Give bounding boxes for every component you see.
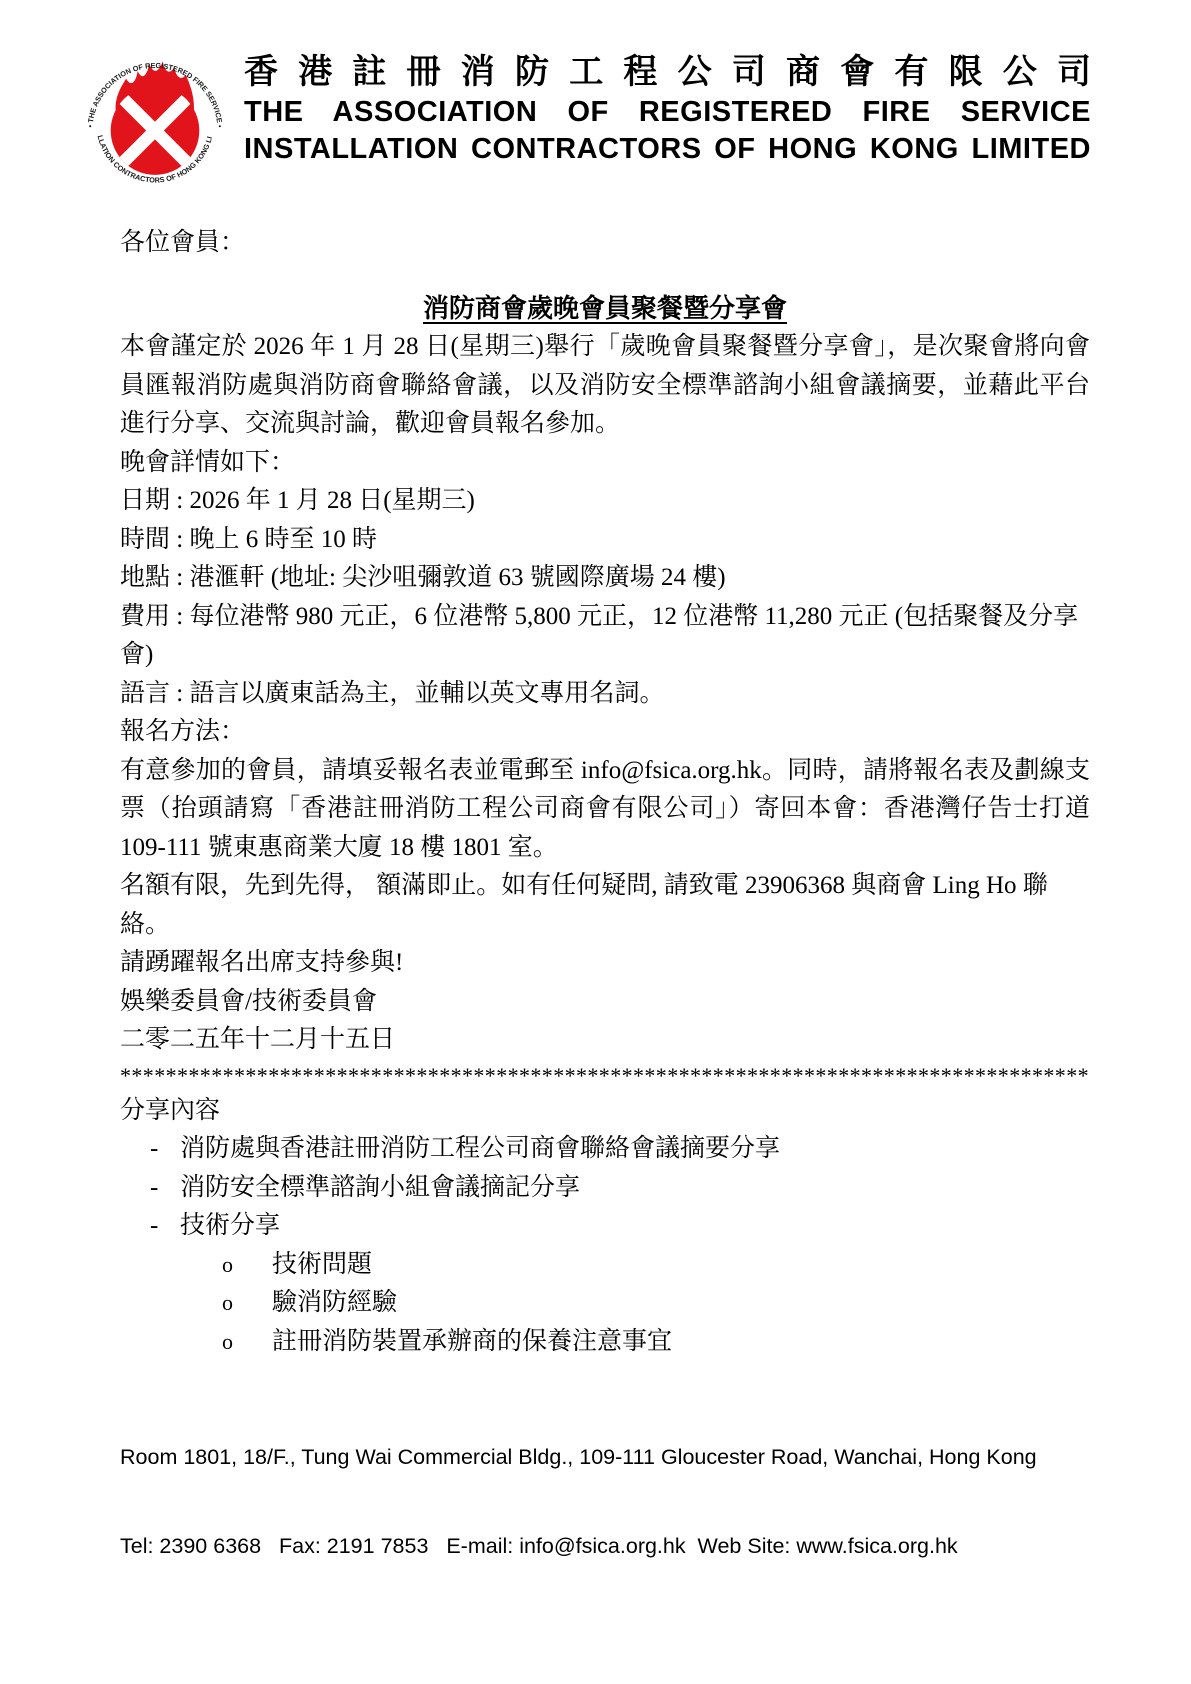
association-logo: • THE ASSOCIATION OF REGISTERED FIRE SER… — [78, 40, 232, 198]
sub-list-item: o 註冊消防裝置承辦商的保養注意事宜 — [120, 1323, 1090, 1362]
sub-list-item-label: 驗消防經驗 — [272, 1284, 397, 1323]
signoff-committee: 娛樂委員會/技術委員會 — [120, 983, 1090, 1022]
association-name-english-line2: INSTALLATION CONTRACTORS OF HONG KONG LI… — [244, 131, 1091, 168]
association-name-english-line1: THE ASSOCIATION OF REGISTERED FIRE SERVI… — [244, 94, 1091, 131]
association-header: • THE ASSOCIATION OF REGISTERED FIRE SER… — [0, 0, 1191, 198]
association-titles: 香港註冊消防工程公司商會有限公司 THE ASSOCIATION OF REGI… — [244, 40, 1091, 168]
dash-bullet: - — [150, 1207, 180, 1246]
detail-language: 語言 : 語言以廣東話為主，並輔以英文專用名詞。 — [120, 675, 1090, 714]
letter-page: • THE ASSOCIATION OF REGISTERED FIRE SER… — [0, 0, 1191, 1684]
circle-bullet: o — [222, 1246, 272, 1285]
registration-paragraph: 有意參加的會員，請填妥報名表並電郵至 info@fsica.org.hk。同時，… — [120, 752, 1090, 868]
subject-title: 消防商會歲晚會員聚餐暨分享會 — [120, 290, 1090, 329]
sub-list-item: o 驗消防經驗 — [120, 1284, 1090, 1323]
footer-address: Room 1801, 18/F., Tung Wai Commercial Bl… — [120, 1443, 1111, 1473]
closing-line: 請踴躍報名出席支持參與! — [120, 944, 1090, 983]
fire-service-emblem-icon: • THE ASSOCIATION OF REGISTERED FIRE SER… — [78, 40, 232, 198]
list-item: - 技術分享 — [120, 1207, 1090, 1246]
sub-list-item-label: 技術問題 — [272, 1246, 372, 1285]
sub-list-item: o 技術問題 — [120, 1246, 1090, 1285]
list-item-label: 消防安全標準諮詢小組會議摘記分享 — [180, 1169, 580, 1208]
letter-content: 各位會員： 消防商會歲晚會員聚餐暨分享會 本會謹定於 2026 年 1 月 28… — [0, 224, 1191, 1361]
detail-time: 時間 : 晚上 6 時至 10 時 — [120, 521, 1090, 560]
sharing-heading: 分享內容 — [120, 1092, 1090, 1131]
circle-bullet: o — [222, 1284, 272, 1323]
details-heading: 晚會詳情如下： — [120, 444, 1090, 483]
registration-heading: 報名方法： — [120, 713, 1090, 752]
salutation: 各位會員： — [120, 224, 1090, 263]
list-item: - 消防處與香港註冊消防工程公司商會聯絡會議摘要分享 — [120, 1130, 1090, 1169]
list-item-label: 消防處與香港註冊消防工程公司商會聯絡會議摘要分享 — [180, 1130, 780, 1169]
footer-contact: Tel: 2390 6368 Fax: 2191 7853 E-mail: in… — [120, 1532, 1111, 1562]
footer: Room 1801, 18/F., Tung Wai Commercial Bl… — [120, 1384, 1111, 1620]
detail-date: 日期 : 2026 年 1 月 28 日(星期三) — [120, 482, 1090, 521]
detail-fee: 費用 : 每位港幣 980 元正，6 位港幣 5,800 元正，12 位港幣 1… — [120, 598, 1090, 675]
quota-note: 名額有限，先到先得， 額滿即止。如有任何疑問, 請致電 23906368 與商會… — [120, 867, 1090, 944]
signoff-date: 二零二五年十二月十五日 — [120, 1021, 1090, 1060]
list-item-label: 技術分享 — [180, 1207, 280, 1246]
dash-bullet: - — [150, 1130, 180, 1169]
association-name-chinese: 香港註冊消防工程公司商會有限公司 — [244, 50, 1091, 94]
intro-paragraph: 本會謹定於 2026 年 1 月 28 日(星期三)舉行「歲晚會員聚餐暨分享會」… — [120, 328, 1090, 444]
sub-list-item-label: 註冊消防裝置承辦商的保養注意事宜 — [272, 1323, 672, 1362]
circle-bullet: o — [222, 1323, 272, 1362]
list-item: - 消防安全標準諮詢小組會議摘記分享 — [120, 1169, 1090, 1208]
asterisk-divider: ****************************************… — [120, 1060, 1090, 1092]
dash-bullet: - — [150, 1169, 180, 1208]
detail-venue: 地點 : 港滙軒 (地址: 尖沙咀彌敦道 63 號國際廣場 24 樓) — [120, 559, 1090, 598]
